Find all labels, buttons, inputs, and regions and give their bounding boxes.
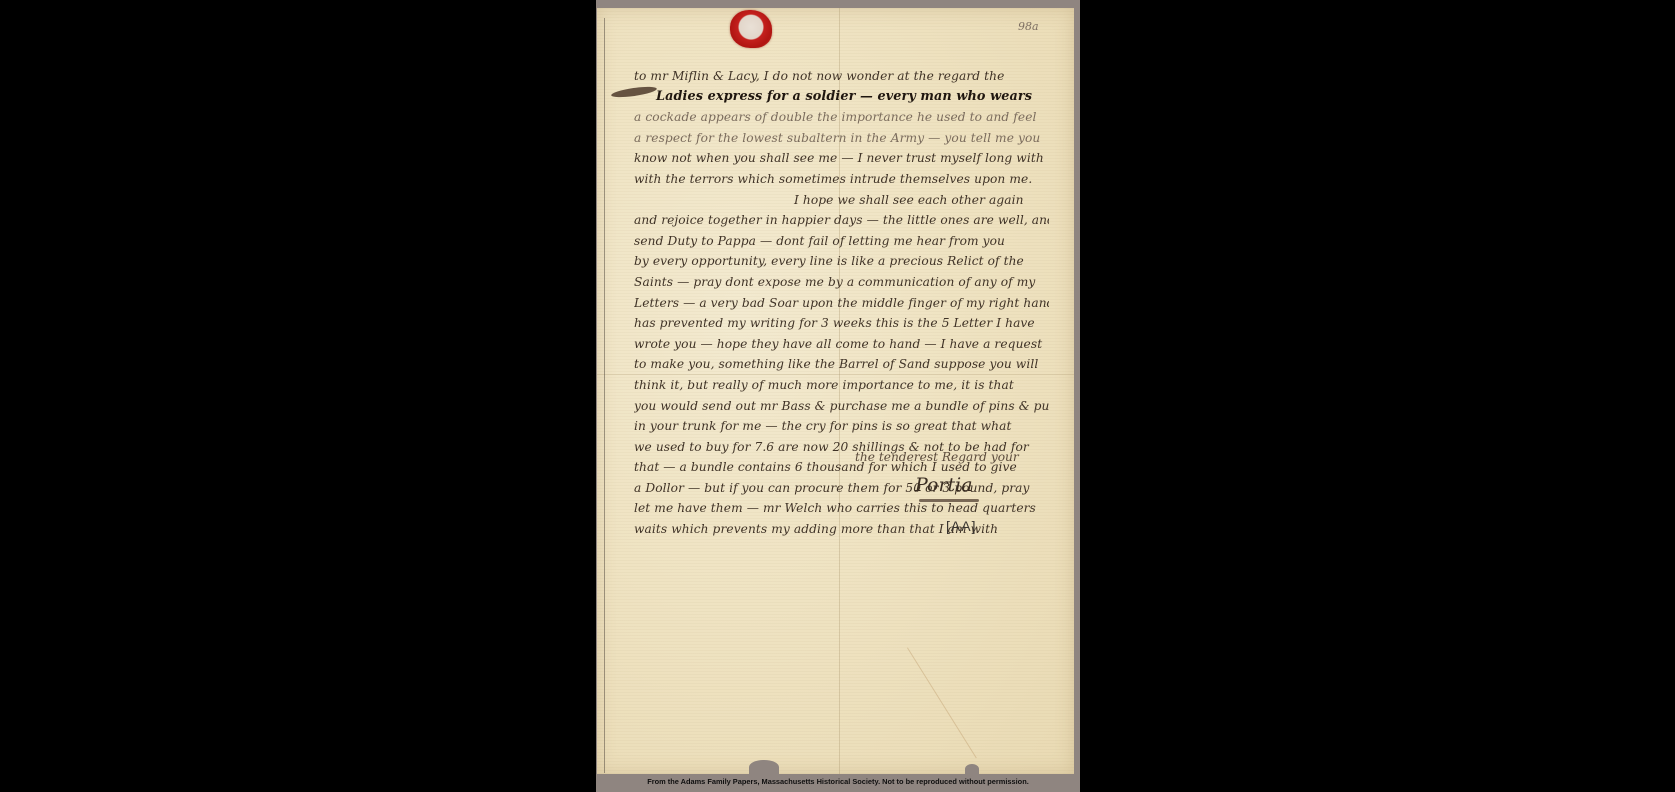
letter-line: a respect for the lowest subaltern in th… — [634, 128, 1049, 149]
letter-line: Saints — pray dont expose me by a commun… — [634, 272, 1049, 293]
paper-tear — [965, 764, 979, 774]
manuscript-page: 98a to mr Miflin & Lacy, I do not now wo… — [597, 8, 1074, 774]
paper-crease — [907, 647, 977, 758]
scan-frame: 98a to mr Miflin & Lacy, I do not now wo… — [596, 0, 1080, 792]
letter-line: has prevented my writing for 3 weeks thi… — [634, 313, 1049, 334]
letter-line: I hope we shall see each other again — [634, 190, 1049, 211]
document-viewer: 98a to mr Miflin & Lacy, I do not now wo… — [0, 0, 1675, 792]
letter-line: to mr Miflin & Lacy, I do not now wonder… — [634, 66, 1049, 87]
letter-line: Ladies express for a soldier — every man… — [634, 87, 1049, 108]
letter-line: send Duty to Pappa — dont fail of lettin… — [634, 231, 1049, 252]
copyright-footer: From the Adams Family Papers, Massachuse… — [596, 777, 1080, 786]
paper-tear — [749, 760, 779, 774]
letter-line: waits which prevents my adding more than… — [634, 519, 1049, 540]
letter-line: with the terrors which sometimes intrude… — [634, 169, 1049, 190]
letter-closing: the tenderest Regard your — [855, 450, 1019, 464]
author-attribution: [AA] — [946, 518, 976, 534]
signature: Portia — [915, 474, 973, 496]
page-number: 98a — [1018, 20, 1039, 33]
letter-line: wrote you — hope they have all come to h… — [634, 334, 1049, 355]
letter-line: Letters — a very bad Soar upon the middl… — [634, 293, 1049, 314]
letter-line: know not when you shall see me — I never… — [634, 148, 1049, 169]
letter-line: you would send out mr Bass & purchase me… — [634, 396, 1049, 417]
letter-line: a Dollor — but if you can procure them f… — [634, 478, 1049, 499]
letter-line: by every opportunity, every line is like… — [634, 251, 1049, 272]
letter-line: think it, but really of much more import… — [634, 375, 1049, 396]
letter-line: and rejoice together in happier days — t… — [634, 210, 1049, 231]
letter-line: a cockade appears of double the importan… — [634, 107, 1049, 128]
letter-line: let me have them — mr Welch who carries … — [634, 498, 1049, 519]
letter-line: in your trunk for me — the cry for pins … — [634, 416, 1049, 437]
wax-seal-icon — [730, 10, 772, 48]
letter-line: to make you, something like the Barrel o… — [634, 354, 1049, 375]
left-margin-line — [604, 18, 605, 773]
signature-underline — [919, 499, 979, 502]
letter-body: to mr Miflin & Lacy, I do not now wonder… — [634, 66, 1049, 540]
